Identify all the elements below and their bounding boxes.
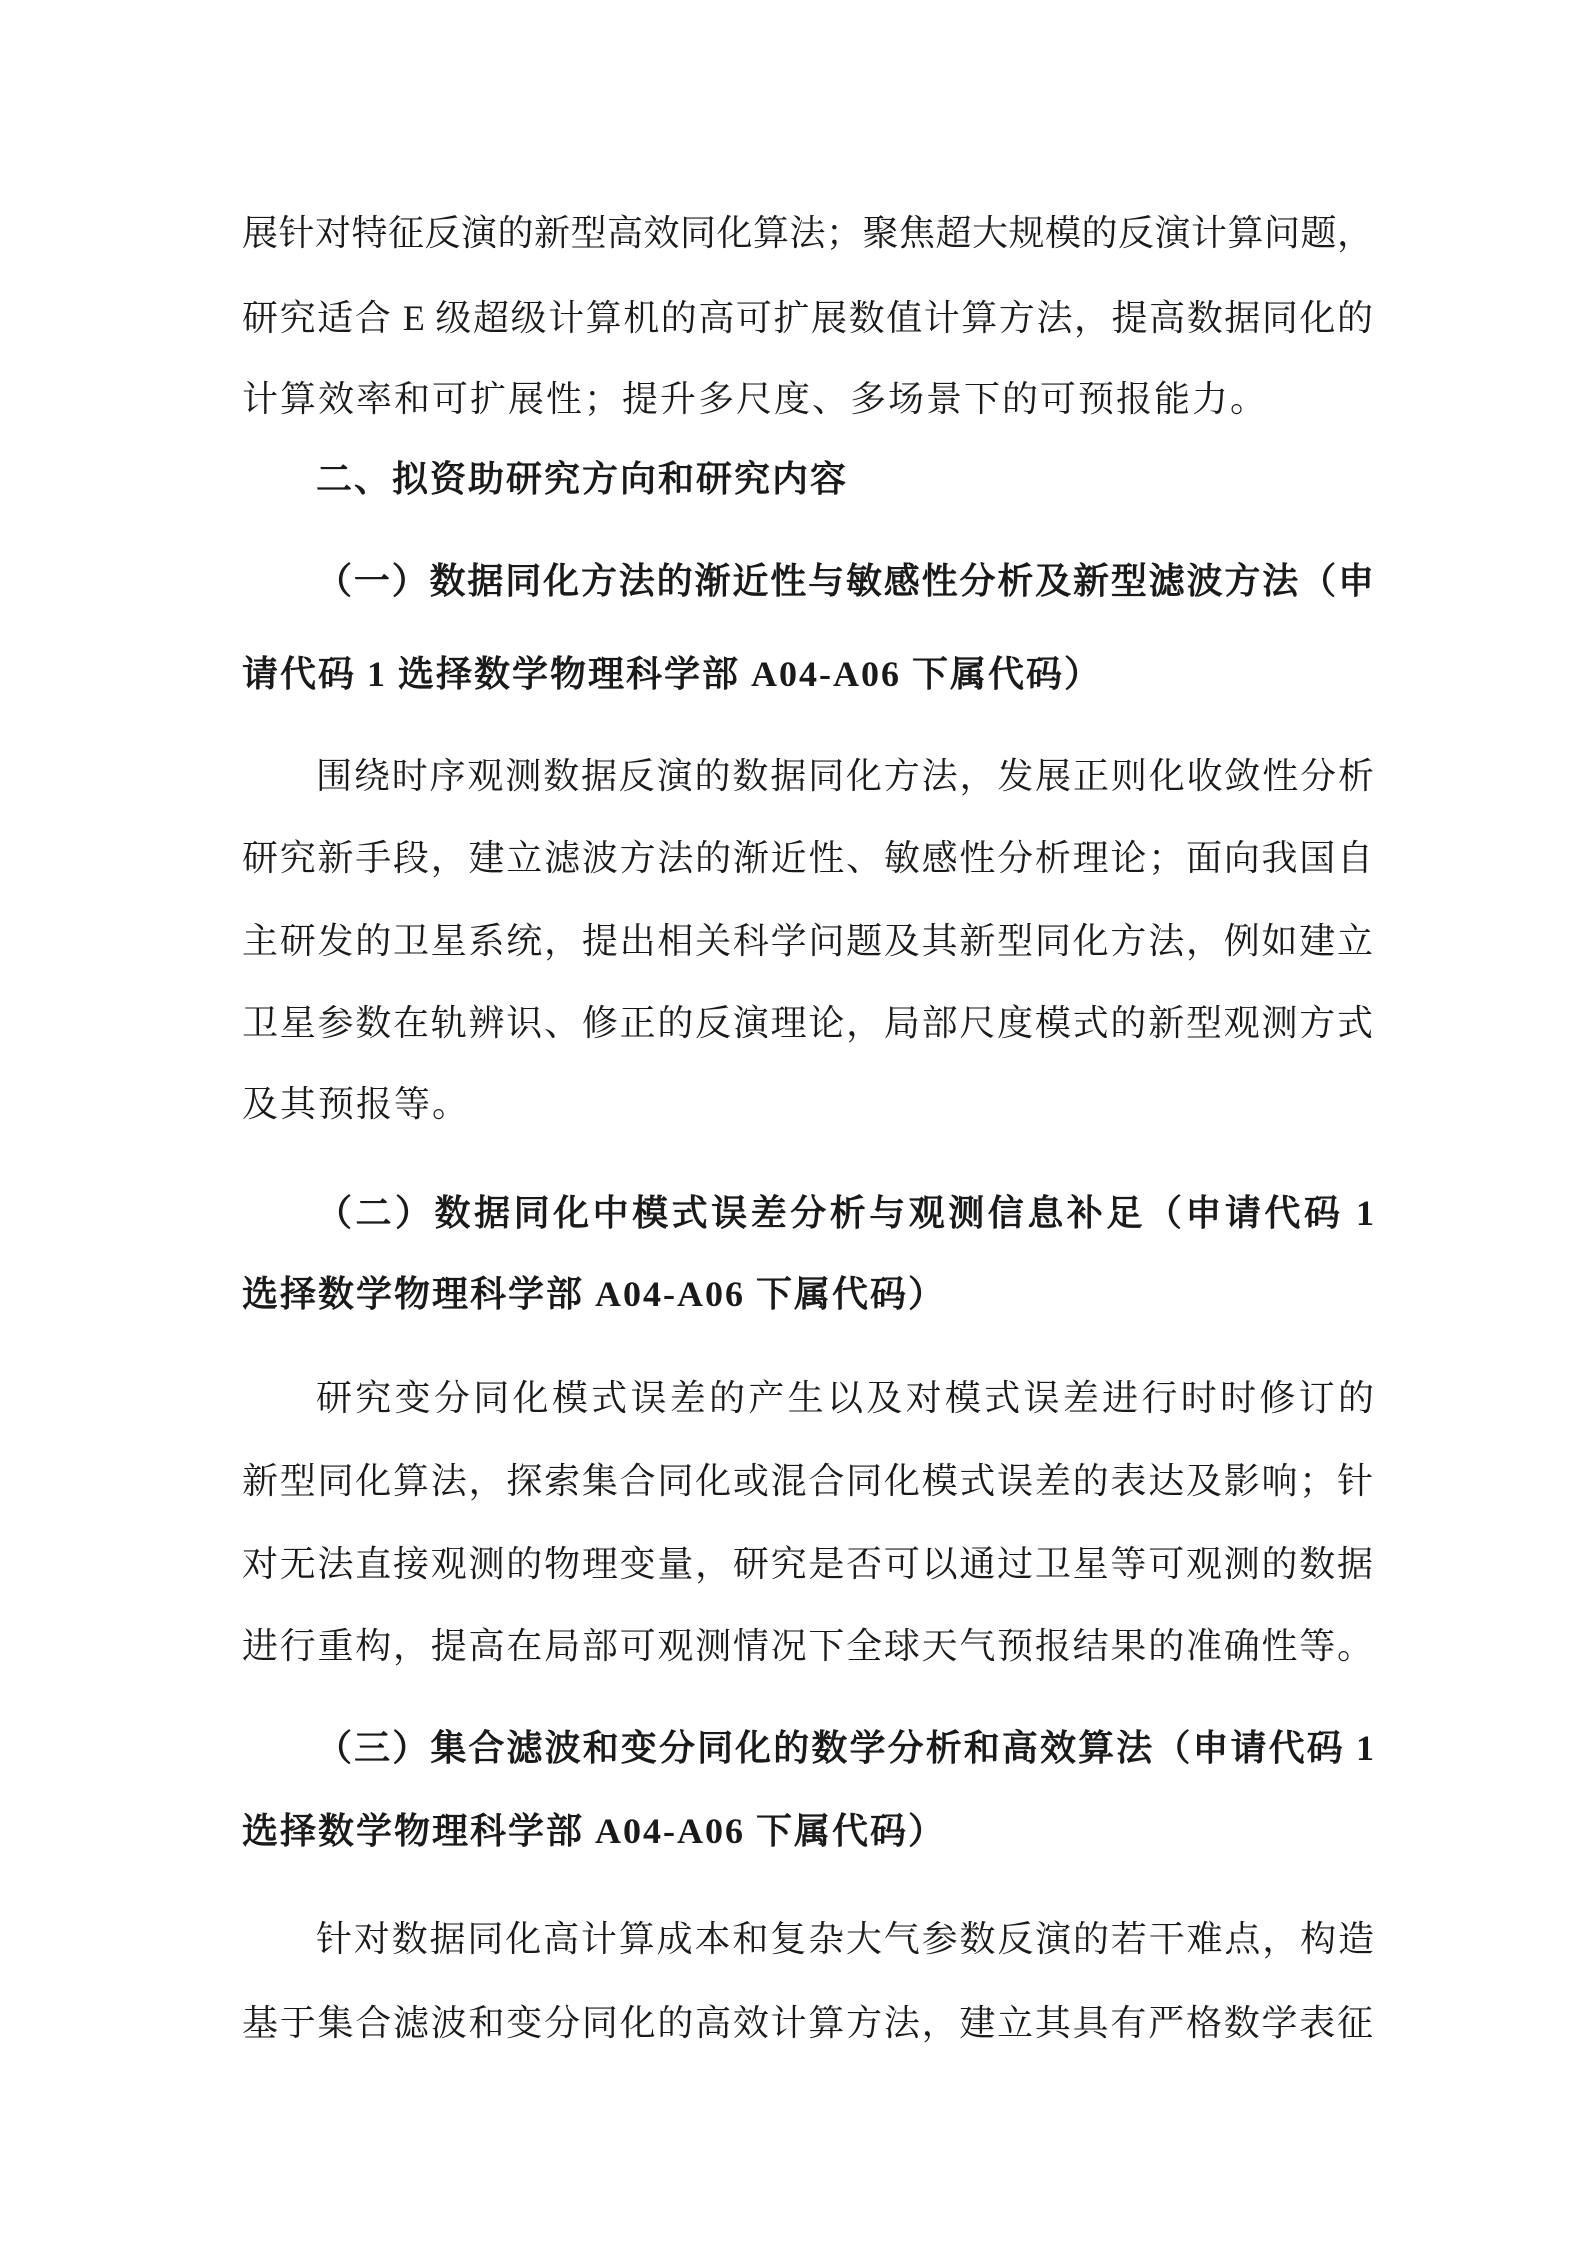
subsection-1-body-line: 卫星参数在轨辨识、修正的反演理论，局部尺度模式的新型观测方式 — [242, 1005, 1373, 1041]
section-2-heading: 二、拟资助研究方向和研究内容 — [316, 461, 1374, 497]
subsection-1-body-line: 研究新手段，建立滤波方法的渐近性、敏感性分析理论；面向我国自 — [242, 840, 1373, 876]
subsection-1-body-line: 及其预报等。 — [242, 1086, 1373, 1122]
intro-paragraph-line: 展针对特征反演的新型高效同化算法；聚焦超大规模的反演计算问题， — [242, 215, 1373, 251]
subsection-2-body-line: 对无法直接观测的物理变量，研究是否可以通过卫星等可观测的数据 — [242, 1546, 1373, 1582]
subsection-2-body-line: 研究变分同化模式误差的产生以及对模式误差进行时时修订的 — [316, 1380, 1374, 1416]
subsection-3-body-line: 针对数据同化高计算成本和复杂大气参数反演的若干难点，构造 — [316, 1921, 1374, 1957]
subsection-3-heading-line: （三）集合滤波和变分同化的数学分析和高效算法（申请代码 1 — [316, 1730, 1374, 1766]
subsection-1-body-line: 围绕时序观测数据反演的数据同化方法，发展正则化收敛性分析 — [316, 758, 1374, 794]
subsection-2-heading-line: 选择数学物理科学部 A04-A06 下属代码） — [242, 1276, 1373, 1312]
subsection-1-heading-line: （一）数据同化方法的渐近性与敏感性分析及新型滤波方法（申 — [316, 563, 1374, 599]
subsection-2-body-line: 新型同化算法，探索集合同化或混合同化模式误差的表达及影响；针 — [242, 1463, 1373, 1499]
intro-paragraph-line: 研究适合 E 级超级计算机的高可扩展数值计算方法，提高数据同化的 — [242, 300, 1373, 336]
subsection-3-body-line: 基于集合滤波和变分同化的高效计算方法，建立其具有严格数学表征 — [242, 2005, 1373, 2041]
subsection-2-body-line: 进行重构，提高在局部可观测情况下全球天气预报结果的准确性等。 — [242, 1628, 1373, 1664]
subsection-1-heading-line: 请代码 1 选择数学物理科学部 A04-A06 下属代码） — [242, 656, 1373, 692]
subsection-1-body-line: 主研发的卫星系统，提出相关科学问题及其新型同化方法，例如建立 — [242, 923, 1373, 959]
intro-paragraph-line: 计算效率和可扩展性；提升多尺度、多场景下的可预报能力。 — [242, 381, 1373, 417]
subsection-2-heading-line: （二）数据同化中模式误差分析与观测信息补足（申请代码 1 — [316, 1195, 1374, 1231]
subsection-3-heading-line: 选择数学物理科学部 A04-A06 下属代码） — [242, 1813, 1373, 1849]
document-page: 展针对特征反演的新型高效同化算法；聚焦超大规模的反演计算问题， 研究适合 E 级… — [0, 0, 1587, 2245]
